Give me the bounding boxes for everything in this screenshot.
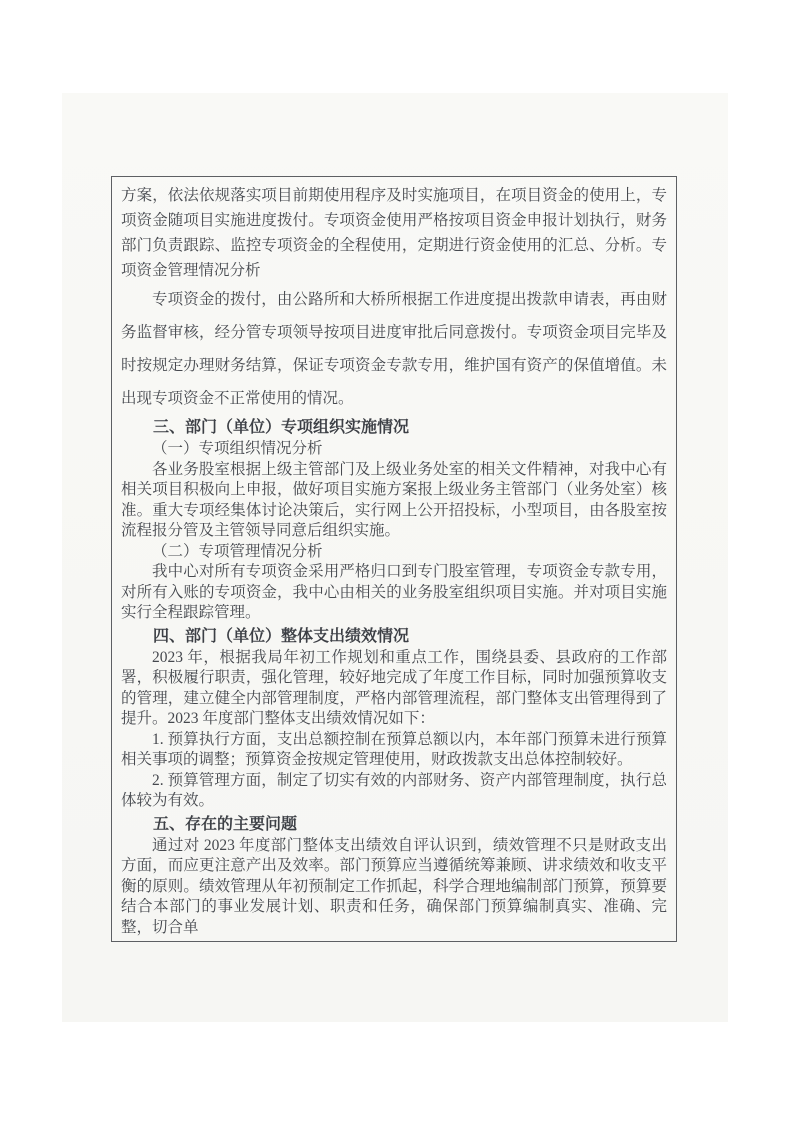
- continuation-paragraph: 方案，依法依规落实项目前期使用程序及时实施项目，在项目资金的使用上，专项资金随项…: [121, 183, 667, 283]
- body-paragraph-mgmt-analysis: 我中心对所有专项资金采用严格归口到专门股室管理，专项资金专款专用，对所有入账的专…: [121, 562, 667, 624]
- body-paragraph-fund-allocation: 专项资金的拨付，由公路所和大桥所根据工作进度提出拨款申请表，再由财务监督审核，经…: [121, 283, 667, 415]
- body-paragraph-budget-management: 2. 预算管理方面，制定了切实有效的内部财务、资产内部管理制度，执行总体较为有效…: [121, 771, 667, 812]
- body-paragraph-budget-execution: 1. 预算执行方面，支出总额控制在预算总额以内，本年部门预算未进行预算相关事项的…: [121, 730, 667, 771]
- sub-heading-3-2: （二）专项管理情况分析: [121, 542, 667, 563]
- scan-canvas: 方案，依法依规落实项目前期使用程序及时实施项目，在项目资金的使用上，专项资金随项…: [0, 0, 794, 1122]
- body-paragraph-org-analysis: 各业务股室根据上级主管部门及上级业务处室的相关文件精神，对我中心有相关项目积极向…: [121, 460, 667, 542]
- content-table-cell: 方案，依法依规落实项目前期使用程序及时实施项目，在项目资金的使用上，专项资金随项…: [111, 176, 677, 942]
- section-heading-5: 五、存在的主要问题: [121, 814, 667, 835]
- section-heading-3: 三、部门（单位）专项组织实施情况: [121, 417, 667, 438]
- section-heading-4: 四、部门（单位）整体支出绩效情况: [121, 626, 667, 647]
- sub-heading-3-1: （一）专项组织情况分析: [121, 439, 667, 460]
- body-paragraph-2023-overview: 2023 年，根据我局年初工作规划和重点工作，围绕县委、县政府的工作部署，积极履…: [121, 648, 667, 730]
- body-paragraph-main-problems: 通过对 2023 年度部门整体支出绩效自评认识到，绩效管理不只是财政支出方面，而…: [121, 836, 667, 939]
- scanned-page: 方案，依法依规落实项目前期使用程序及时实施项目，在项目资金的使用上，专项资金随项…: [62, 93, 728, 1022]
